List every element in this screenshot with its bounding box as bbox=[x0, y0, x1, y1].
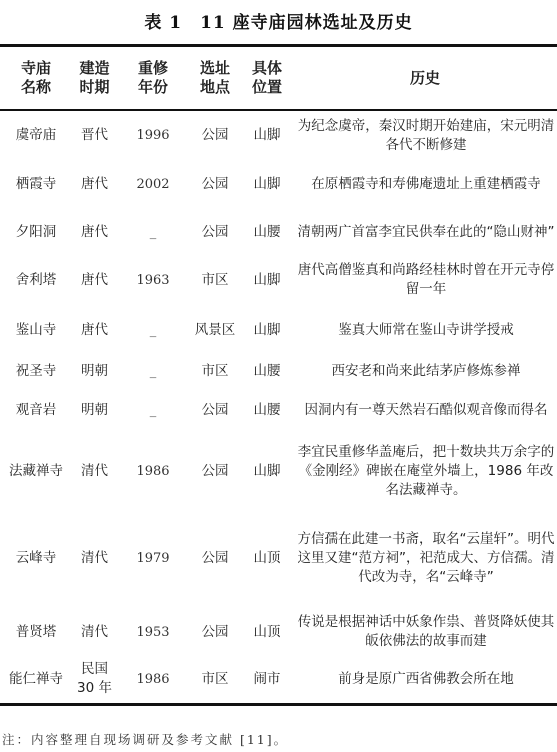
table-row: 云峰寺清代1979公园山顶方信孺在此建一书斋，取名“云崖轩”。明代这里又建“范方… bbox=[0, 508, 557, 608]
temple-name-cell: 祝圣寺 bbox=[0, 356, 72, 386]
history-cell: 因洞内有一尊天然岩石酷似观音像而得名 bbox=[293, 386, 557, 434]
temple-name-cell: 云峰寺 bbox=[0, 508, 72, 608]
history-cell: 方信孺在此建一书斋，取名“云崖轩”。明代这里又建“范方祠”，祀范成大、方信孺。清… bbox=[293, 508, 557, 608]
site-cell: 风景区 bbox=[189, 304, 241, 356]
table-row: 虞帝庙晋代1996公园山脚为纪念虞帝，秦汉时期开始建庙，宋元明清各代不断修建 bbox=[0, 110, 557, 160]
table-row: 普贤塔清代1953公园山顶传说是根据神话中妖象作祟、普贤降妖使其皈依佛法的故事而… bbox=[0, 608, 557, 656]
table-row: 栖霞寺唐代2002公园山脚在原栖霞寺和寿佛庵遗址上重建栖霞寺 bbox=[0, 160, 557, 208]
position-cell: 山脚 bbox=[241, 304, 293, 356]
position-cell: 山腰 bbox=[241, 208, 293, 256]
history-cell: 在原栖霞寺和寿佛庵遗址上重建栖霞寺 bbox=[293, 160, 557, 208]
build-period-cell: 唐代 bbox=[72, 208, 117, 256]
rebuild-year-cell: 2002 bbox=[117, 160, 189, 208]
temple-name-cell: 栖霞寺 bbox=[0, 160, 72, 208]
position-cell: 闹市 bbox=[241, 656, 293, 704]
build-period-cell: 明朝 bbox=[72, 386, 117, 434]
table-row: 能仁禅寺民国 30 年1986市区闹市前身是原广西省佛教会所在地 bbox=[0, 656, 557, 704]
header-position: 具体位置 bbox=[241, 46, 293, 111]
rebuild-year-cell: 1953 bbox=[117, 608, 189, 656]
build-period-cell: 唐代 bbox=[72, 256, 117, 304]
temple-name-cell: 虞帝庙 bbox=[0, 110, 72, 160]
table-row: 祝圣寺明朝_市区山腰西安老和尚来此结茅庐修炼参禅 bbox=[0, 356, 557, 386]
header-site: 选址地点 bbox=[189, 46, 241, 111]
site-cell: 公园 bbox=[189, 110, 241, 160]
history-cell: 清朝两广首富李宜民供奉在此的“隐山财神” bbox=[293, 208, 557, 256]
site-cell: 公园 bbox=[189, 508, 241, 608]
site-cell: 公园 bbox=[189, 386, 241, 434]
temple-name-cell: 普贤塔 bbox=[0, 608, 72, 656]
temple-name-cell: 法藏禅寺 bbox=[0, 434, 72, 508]
position-cell: 山脚 bbox=[241, 110, 293, 160]
history-cell: 为纪念虞帝，秦汉时期开始建庙，宋元明清各代不断修建 bbox=[293, 110, 557, 160]
position-cell: 山顶 bbox=[241, 608, 293, 656]
table-row: 鉴山寺唐代_风景区山脚鉴真大师常在鉴山寺讲学授戒 bbox=[0, 304, 557, 356]
position-cell: 山腰 bbox=[241, 386, 293, 434]
history-cell: 前身是原广西省佛教会所在地 bbox=[293, 656, 557, 704]
table-row: 观音岩明朝_公园山腰因洞内有一尊天然岩石酷似观音像而得名 bbox=[0, 386, 557, 434]
site-cell: 公园 bbox=[189, 434, 241, 508]
position-cell: 山脚 bbox=[241, 256, 293, 304]
site-cell: 市区 bbox=[189, 356, 241, 386]
build-period-cell: 唐代 bbox=[72, 304, 117, 356]
history-cell: 鉴真大师常在鉴山寺讲学授戒 bbox=[293, 304, 557, 356]
rebuild-year-cell: _ bbox=[117, 386, 189, 434]
build-period-cell: 清代 bbox=[72, 608, 117, 656]
site-cell: 公园 bbox=[189, 208, 241, 256]
temple-name-cell: 能仁禅寺 bbox=[0, 656, 72, 704]
rebuild-year-cell: _ bbox=[117, 208, 189, 256]
build-period-cell: 明朝 bbox=[72, 356, 117, 386]
history-cell: 西安老和尚来此结茅庐修炼参禅 bbox=[293, 356, 557, 386]
site-cell: 公园 bbox=[189, 608, 241, 656]
build-period-cell: 唐代 bbox=[72, 160, 117, 208]
site-cell: 市区 bbox=[189, 656, 241, 704]
header-row: 寺庙名称 建造时期 重修年份 选址地点 具体位置 历史 bbox=[0, 46, 557, 111]
position-cell: 山腰 bbox=[241, 356, 293, 386]
position-cell: 山脚 bbox=[241, 434, 293, 508]
table-row: 夕阳洞唐代_公园山腰清朝两广首富李宜民供奉在此的“隐山财神” bbox=[0, 208, 557, 256]
history-cell: 唐代高僧鉴真和尚路经桂林时曾在开元寺停留一年 bbox=[293, 256, 557, 304]
table-note: 注：内容整理自现场调研及参考文献 [11]。 bbox=[2, 730, 288, 748]
site-cell: 市区 bbox=[189, 256, 241, 304]
header-build-period: 建造时期 bbox=[72, 46, 117, 111]
rebuild-year-cell: 1979 bbox=[117, 508, 189, 608]
history-cell: 李宜民重修华盖庵后，把十数块共万余字的《金刚经》碑嵌在庵堂外墙上，1986 年改… bbox=[293, 434, 557, 508]
site-cell: 公园 bbox=[189, 160, 241, 208]
header-rebuild-year: 重修年份 bbox=[117, 46, 189, 111]
temple-name-cell: 观音岩 bbox=[0, 386, 72, 434]
build-period-cell: 民国 30 年 bbox=[72, 656, 117, 704]
header-temple-name: 寺庙名称 bbox=[0, 46, 72, 111]
build-period-cell: 清代 bbox=[72, 508, 117, 608]
table-row: 法藏禅寺清代1986公园山脚李宜民重修华盖庵后，把十数块共万余字的《金刚经》碑嵌… bbox=[0, 434, 557, 508]
position-cell: 山顶 bbox=[241, 508, 293, 608]
rebuild-year-cell: 1996 bbox=[117, 110, 189, 160]
temple-name-cell: 夕阳洞 bbox=[0, 208, 72, 256]
position-cell: 山脚 bbox=[241, 160, 293, 208]
rebuild-year-cell: _ bbox=[117, 356, 189, 386]
temple-name-cell: 舍利塔 bbox=[0, 256, 72, 304]
rebuild-year-cell: _ bbox=[117, 304, 189, 356]
build-period-cell: 晋代 bbox=[72, 110, 117, 160]
rebuild-year-cell: 1986 bbox=[117, 656, 189, 704]
temple-name-cell: 鉴山寺 bbox=[0, 304, 72, 356]
history-cell: 传说是根据神话中妖象作祟、普贤降妖使其皈依佛法的故事而建 bbox=[293, 608, 557, 656]
build-period-cell: 清代 bbox=[72, 434, 117, 508]
header-history: 历史 bbox=[293, 46, 557, 111]
rebuild-year-cell: 1986 bbox=[117, 434, 189, 508]
table-row: 舍利塔唐代1963市区山脚唐代高僧鉴真和尚路经桂林时曾在开元寺停留一年 bbox=[0, 256, 557, 304]
rebuild-year-cell: 1963 bbox=[117, 256, 189, 304]
table-caption: 表 1 11 座寺庙园林选址及历史 bbox=[0, 8, 557, 33]
temple-table: 寺庙名称 建造时期 重修年份 选址地点 具体位置 历史 虞帝庙晋代1996公园山… bbox=[0, 44, 557, 706]
